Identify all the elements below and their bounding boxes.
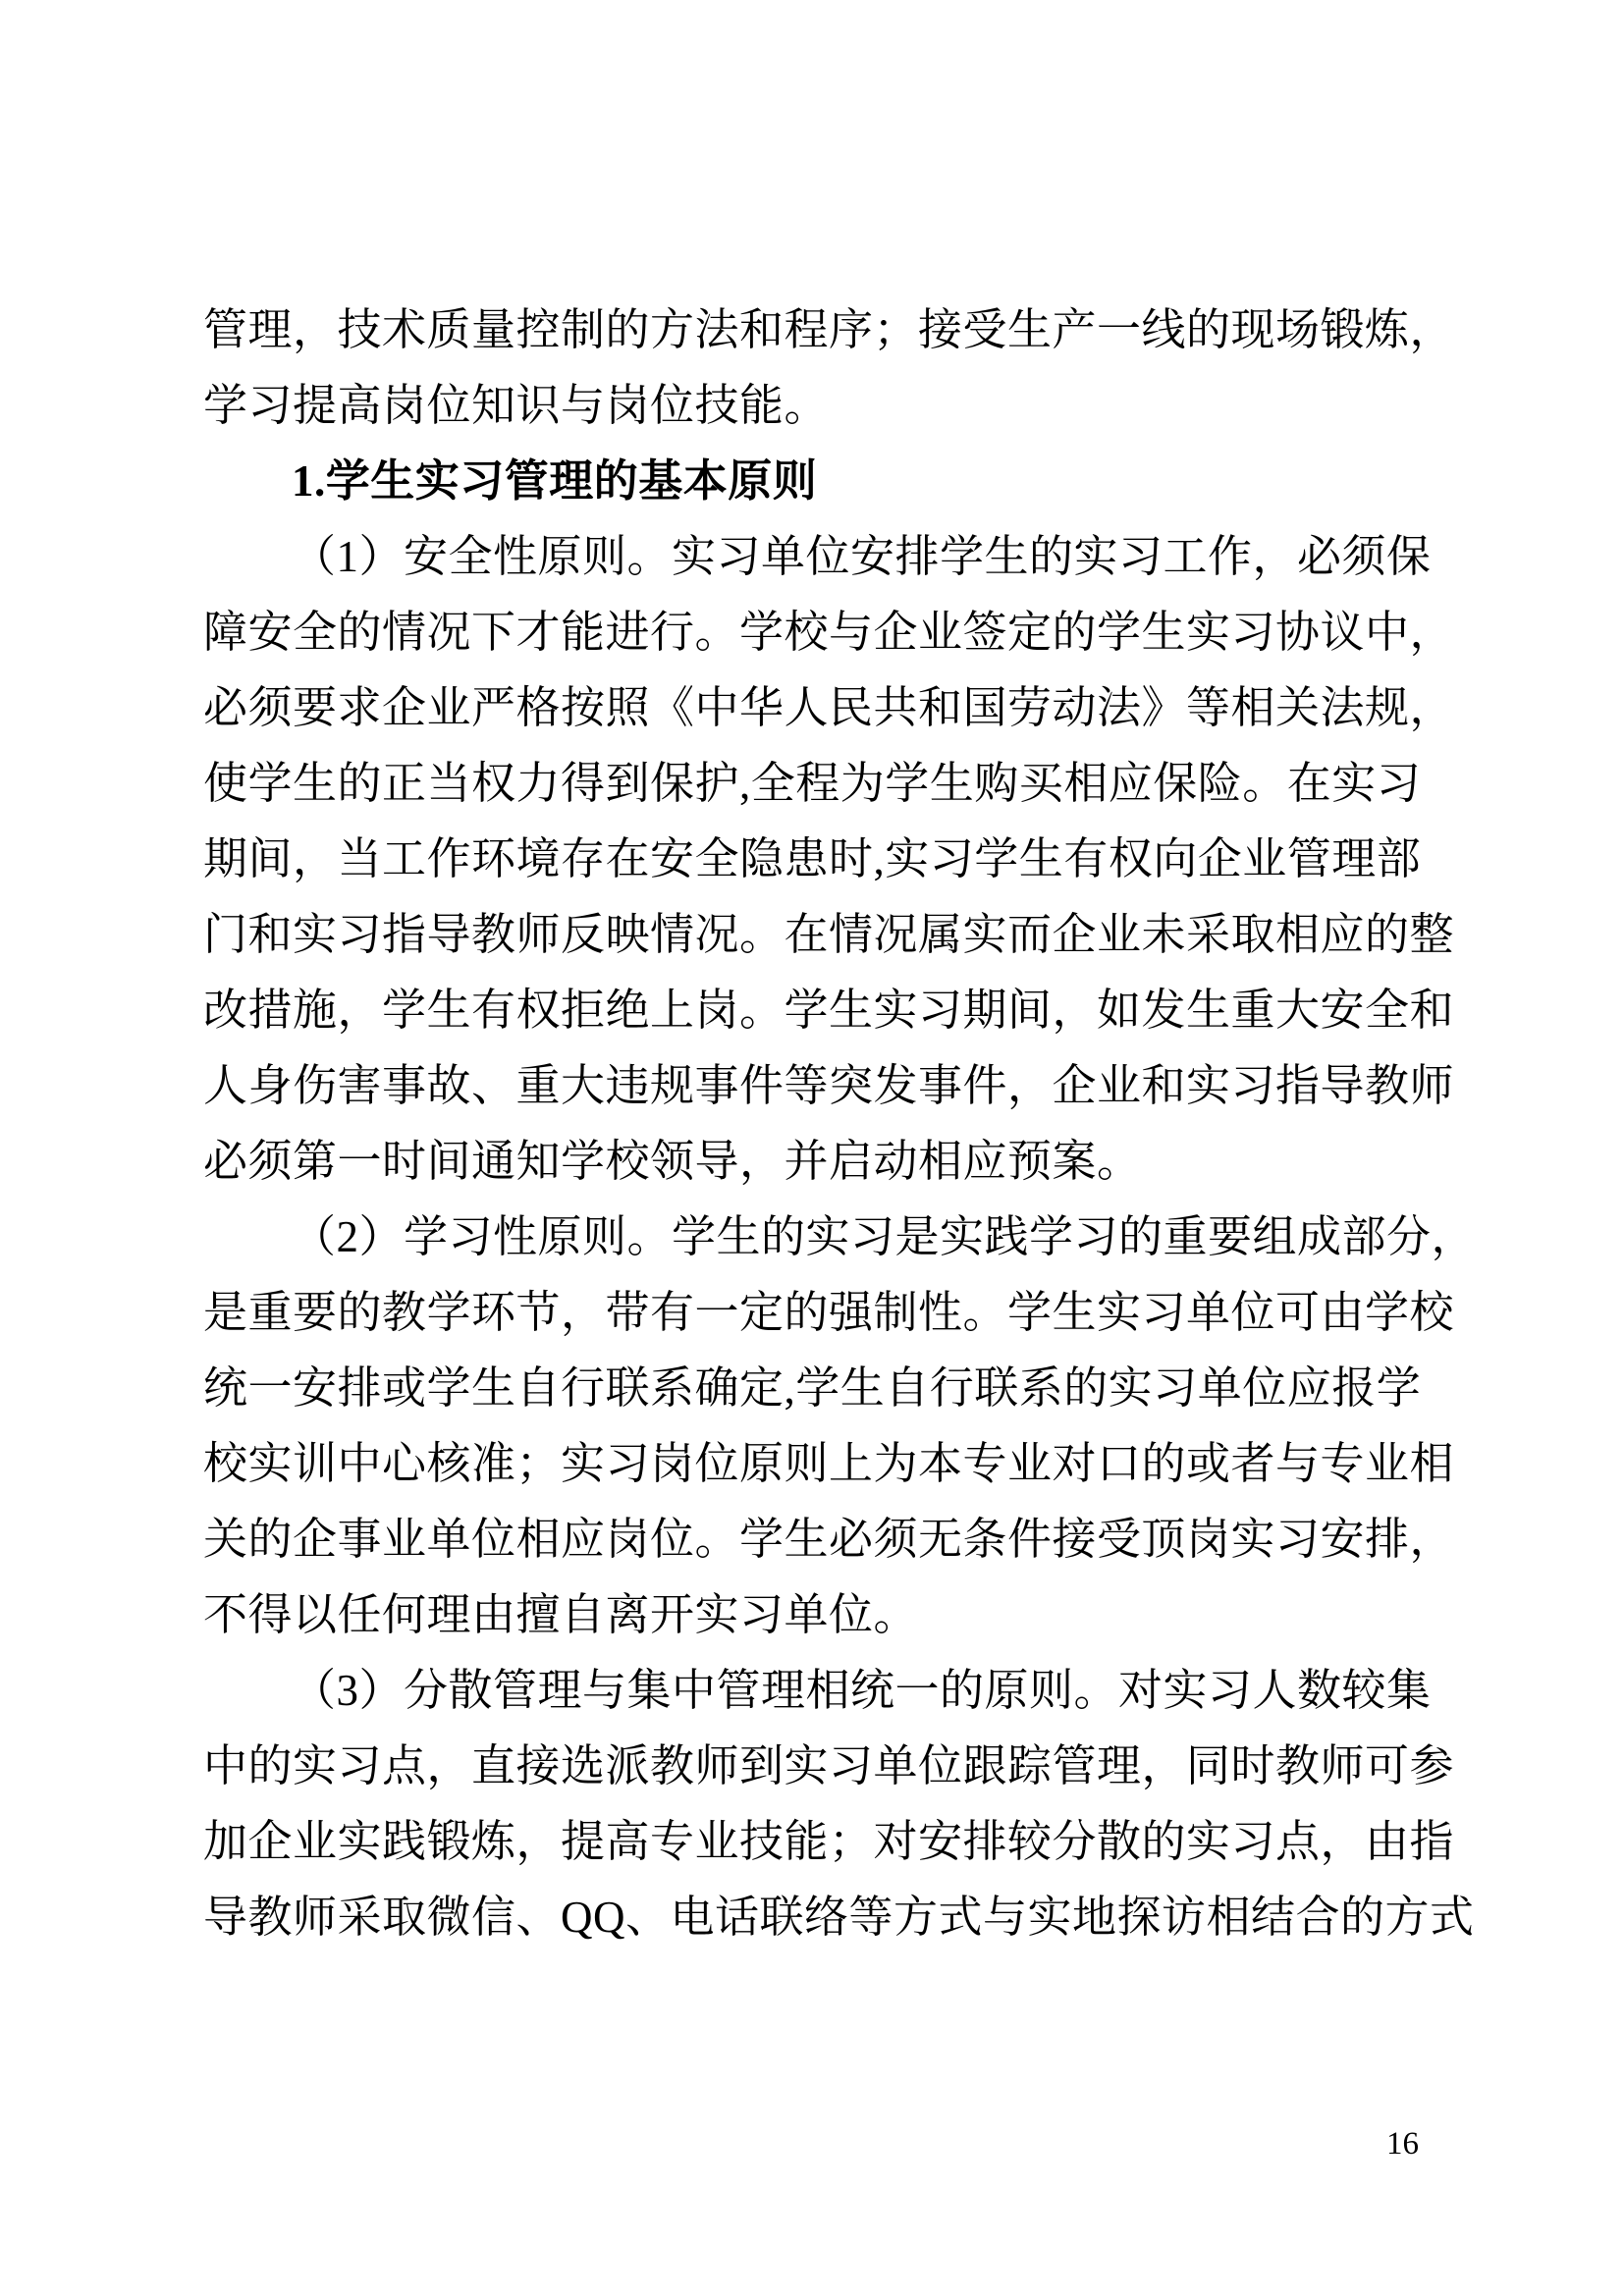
page-number: 16 <box>1386 2122 1419 2165</box>
body-line: 校实训中心核准；实习岗位原则上为本专业对口的或者与专业相 <box>203 1426 1450 1502</box>
text-block: 管理，技术质量控制的方法和程序；接受生产一线的现场锻炼， 学习提高岗位知识与岗位… <box>203 293 1450 1955</box>
body-line: 必须第一时间通知学校领导，并启动相应预案。 <box>203 1124 1450 1200</box>
body-line: 关的企事业单位相应岗位。学生必须无条件接受顶岗实习安排， <box>203 1502 1450 1577</box>
body-line: 障安全的情况下才能进行。学校与企业签定的学生实习协议中， <box>203 595 1450 670</box>
body-line: 导教师采取微信、QQ、电话联络等方式与实地探访相结合的方式 <box>203 1880 1450 1955</box>
body-line: 是重要的教学环节，带有一定的强制性。学生实习单位可由学校 <box>203 1275 1450 1351</box>
body-line: 中的实习点，直接选派教师到实习单位跟踪管理，同时教师可参 <box>203 1729 1450 1804</box>
body-line: 期间，当工作环境存在安全隐患时,实习学生有权向企业管理部 <box>203 822 1450 897</box>
body-line: 必须要求企业严格按照《中华人民共和国劳动法》等相关法规， <box>203 670 1450 746</box>
body-line: （3）分散管理与集中管理相统一的原则。对实习人数较集 <box>203 1653 1450 1729</box>
body-line: 改措施，学生有权拒绝上岗。学生实习期间，如发生重大安全和 <box>203 973 1450 1048</box>
body-line: 管理，技术质量控制的方法和程序；接受生产一线的现场锻炼， <box>203 293 1450 368</box>
body-line: 不得以任何理由擅自离开实习单位。 <box>203 1577 1450 1653</box>
section-heading: 1.学生实习管理的基本原则 <box>203 444 1450 519</box>
body-line: （1）安全性原则。实习单位安排学生的实习工作，必须保 <box>203 519 1450 595</box>
body-line: 学习提高岗位知识与岗位技能。 <box>203 368 1450 444</box>
body-line: 加企业实践锻炼，提高专业技能；对安排较分散的实习点，由指 <box>203 1804 1450 1880</box>
body-line: （2）学习性原则。学生的实习是实践学习的重要组成部分， <box>203 1200 1450 1275</box>
body-line: 人身伤害事故、重大违规事件等突发事件，企业和实习指导教师 <box>203 1048 1450 1124</box>
body-line: 统一安排或学生自行联系确定,学生自行联系的实习单位应报学 <box>203 1351 1450 1426</box>
body-line: 使学生的正当权力得到保护,全程为学生购买相应保险。在实习 <box>203 746 1450 822</box>
body-line: 门和实习指导教师反映情况。在情况属实而企业未采取相应的整 <box>203 897 1450 973</box>
document-page: 管理，技术质量控制的方法和程序；接受生产一线的现场锻炼， 学习提高岗位知识与岗位… <box>0 0 1624 2296</box>
